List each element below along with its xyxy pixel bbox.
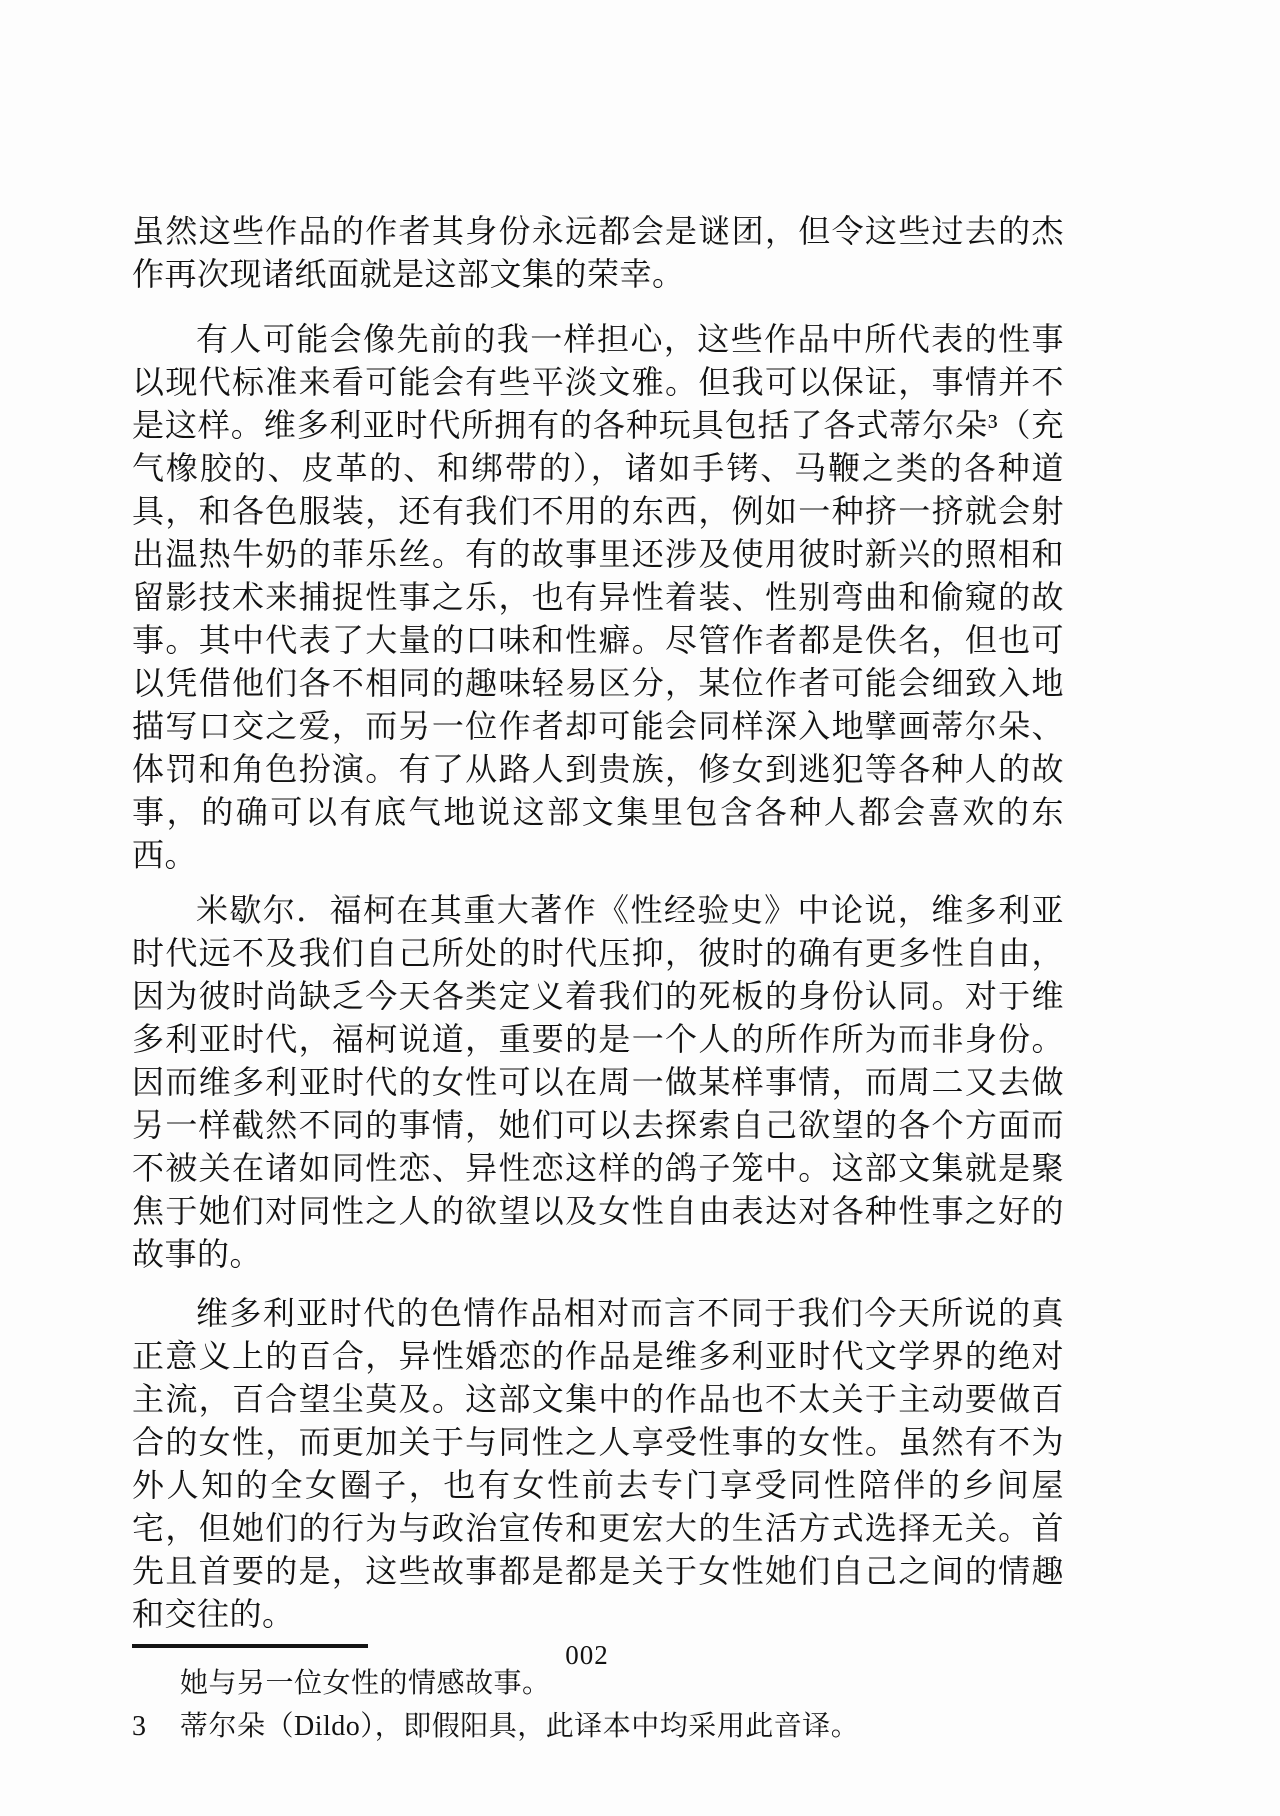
page-number: 002 — [132, 1640, 1042, 1671]
paragraph-2: 有人可能会像先前的我一样担心，这些作品中所代表的性事以现代标准来看可能会有些平淡… — [132, 318, 1064, 877]
footnote-3-text: 蒂尔朵（Dildo），即假阳具，此译本中均采用此音译。 — [180, 1705, 1064, 1748]
book-page: 虽然这些作品的作者其身份永远都会是谜团，但令这些过去的杰作再次现诸纸面就是这部文… — [0, 0, 1280, 1816]
paragraph-4: 维多利亚时代的色情作品相对而言不同于我们今天所说的真正意义上的百合，异性婚恋的作… — [132, 1292, 1064, 1636]
text-column: 虽然这些作品的作者其身份永远都会是谜团，但令这些过去的杰作再次现诸纸面就是这部文… — [132, 210, 1064, 1748]
paragraph-3: 米歇尔．福柯在其重大著作《性经验史》中论说，维多利亚时代远不及我们自己所处的时代… — [132, 889, 1064, 1276]
paragraph-1: 虽然这些作品的作者其身份永远都会是谜团，但令这些过去的杰作再次现诸纸面就是这部文… — [132, 210, 1064, 296]
footnote-3-marker: 3 — [132, 1705, 180, 1748]
footnote-3: 3 蒂尔朵（Dildo），即假阳具，此译本中均采用此音译。 — [132, 1705, 1064, 1748]
